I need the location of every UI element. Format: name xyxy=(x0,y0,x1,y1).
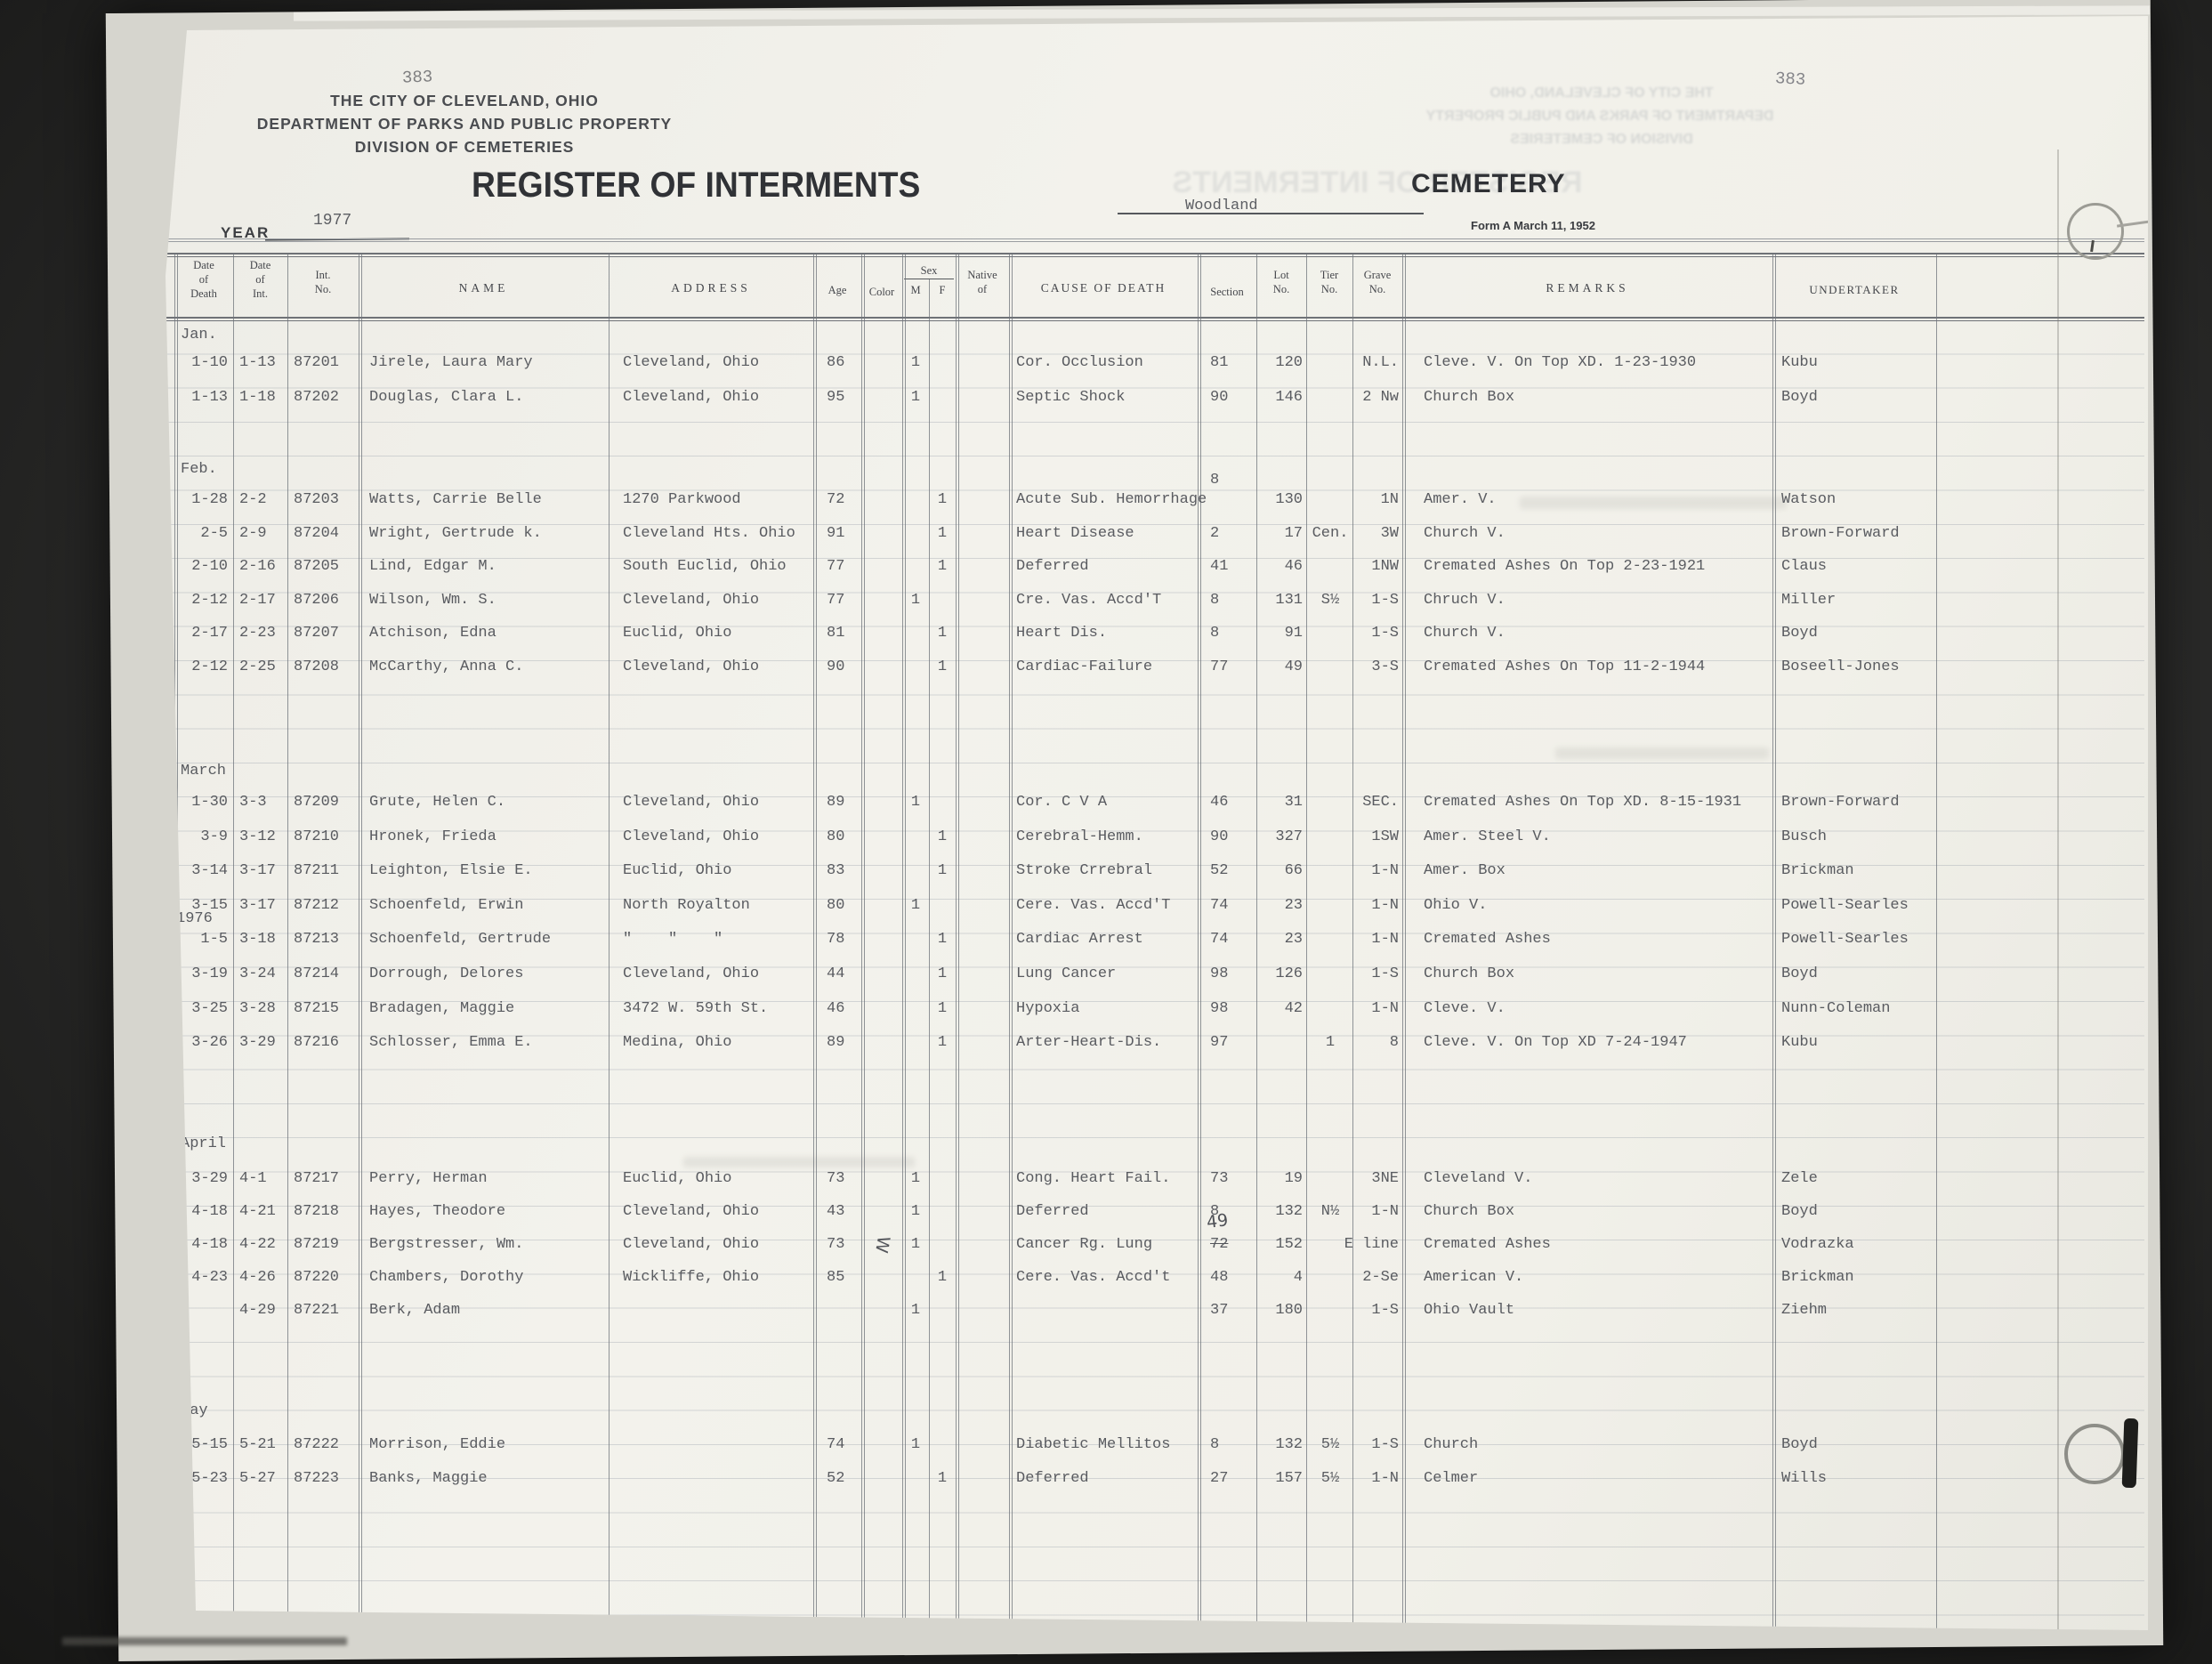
cell-remarks: Amer. Steel V. xyxy=(1424,829,1780,844)
column-line xyxy=(1012,253,1013,1636)
cell-sex_m: 1 xyxy=(902,593,929,608)
column-line xyxy=(929,279,930,1636)
register-page: THE CITY OF CLEVELAND, OHIO DEPARTMENT O… xyxy=(132,16,2148,1639)
cell-int_no: 87212 xyxy=(294,898,363,913)
cell-sex_f: 1 xyxy=(929,932,956,947)
cell-dod: 3-26 xyxy=(176,1035,228,1050)
cell-remarks: American V. xyxy=(1424,1270,1780,1285)
column-line xyxy=(905,253,906,1636)
cell-age: 78 xyxy=(827,932,862,947)
cell-int_no: 87220 xyxy=(294,1270,363,1285)
cell-doi: 2-17 xyxy=(239,593,286,608)
cell-name: Lind, Edgar M. xyxy=(369,559,613,574)
cell-lot: 4 xyxy=(1256,1270,1303,1285)
cell-age: 80 xyxy=(827,829,862,844)
cell-remarks: Cremated Ashes On Top XD. 8-15-1931 xyxy=(1424,795,1780,810)
month-label: Jan. xyxy=(181,327,296,343)
org-name-line3: DIVISION OF CEMETERIES xyxy=(198,138,731,157)
cell-section: 8 xyxy=(1210,473,1251,488)
cell-section: 98 xyxy=(1210,1001,1251,1016)
cell-remarks: Cremated Ashes On Top 2-23-1921 xyxy=(1424,559,1780,574)
col-header-address: ADDRESS xyxy=(609,280,813,295)
cell-age: 72 xyxy=(827,492,862,507)
column-line xyxy=(864,253,865,1636)
cell-int_no: 87215 xyxy=(294,1001,363,1016)
cell-grave: 1-S xyxy=(1340,1303,1399,1318)
cell-sex_m: 1 xyxy=(902,1303,929,1318)
column-line xyxy=(1402,253,1403,1636)
column-line xyxy=(956,253,957,1636)
cell-lot: 146 xyxy=(1256,390,1303,405)
cell-int_no: 87205 xyxy=(294,559,363,574)
cell-int_no: 87217 xyxy=(294,1171,363,1186)
scanned-register-document: THE CITY OF CLEVELAND, OHIO DEPARTMENT O… xyxy=(0,0,2212,1664)
cell-cause: Septic Shock xyxy=(1016,390,1230,405)
cell-age: 85 xyxy=(827,1270,862,1285)
cell-section: 73 xyxy=(1210,1171,1251,1186)
cell-undertaker: Brown-Forward xyxy=(1781,526,1950,541)
cell-remarks: Church Box xyxy=(1424,1204,1780,1219)
cell-name: Leighton, Elsie E. xyxy=(369,863,613,878)
cell-doi: 3-29 xyxy=(239,1035,286,1050)
month-label: Feb. xyxy=(181,462,296,477)
cell-age: 83 xyxy=(827,863,862,878)
cell-int_no: 87218 xyxy=(294,1204,363,1219)
cell-sex_m: 1 xyxy=(902,390,929,405)
cell-remarks: Celmer xyxy=(1424,1471,1780,1486)
cell-grave: 1-N xyxy=(1340,863,1399,878)
cell-address: Cleveland Hts. Ohio xyxy=(623,526,817,541)
cell-section: 74 xyxy=(1210,932,1251,947)
cell-address: South Euclid, Ohio xyxy=(623,559,817,574)
cell-age: 74 xyxy=(827,1437,862,1452)
cell-remarks: Cleve. V. On Top XD. 1-23-1930 xyxy=(1424,355,1780,370)
cell-age: 91 xyxy=(827,526,862,541)
cell-lot: 180 xyxy=(1256,1303,1303,1318)
cell-lot: 19 xyxy=(1256,1171,1303,1186)
cell-age: 73 xyxy=(827,1171,862,1186)
cell-grave: 2 Nw xyxy=(1340,390,1399,405)
org-name-line1: THE CITY OF CLEVELAND, OHIO xyxy=(198,92,731,110)
cell-lot: 132 xyxy=(1256,1204,1303,1219)
cell-age: 89 xyxy=(827,1035,862,1050)
cell-grave: 1SW xyxy=(1340,829,1399,844)
cell-sex_f: 1 xyxy=(929,1471,956,1486)
cemetery-name-value: Woodland xyxy=(1185,198,1258,214)
cell-int_no: 87211 xyxy=(294,863,363,878)
cell-doi: 2-16 xyxy=(239,559,286,574)
cemetery-label: CEMETERY xyxy=(1411,169,1566,199)
cell-doi: 4-21 xyxy=(239,1204,286,1219)
cell-undertaker: Zele xyxy=(1781,1171,1950,1186)
cell-address: 1270 Parkwood xyxy=(623,492,817,507)
cell-sex_f: 1 xyxy=(929,626,956,641)
cell-undertaker: Kubu xyxy=(1781,355,1950,370)
cell-name: Hayes, Theodore xyxy=(369,1204,613,1219)
cell-int_no: 87207 xyxy=(294,626,363,641)
cell-lot: 130 xyxy=(1256,492,1303,507)
cell-dod: 2-17 xyxy=(176,626,228,641)
cell-doi: 3-18 xyxy=(239,932,286,947)
cell-int_no: 87219 xyxy=(294,1237,363,1252)
cell-address: Cleveland, Ohio xyxy=(623,795,817,810)
cell-remarks: Amer. Box xyxy=(1424,863,1780,878)
cell-remarks: Cremated Ashes xyxy=(1424,1237,1780,1252)
cell-sex_f: 1 xyxy=(929,492,956,507)
cell-dod: 3-9 xyxy=(176,829,228,844)
cell-name: Schlosser, Emma E. xyxy=(369,1035,613,1050)
cell-undertaker: Wills xyxy=(1781,1471,1950,1486)
cell-undertaker: Miller xyxy=(1781,593,1950,608)
cell-remarks: Cleve. V. On Top XD 7-24-1947 xyxy=(1424,1035,1780,1050)
cell-cause: Deferred xyxy=(1016,559,1230,574)
col-header-lot-no: Lot No. xyxy=(1256,268,1306,296)
cell-address: North Royalton xyxy=(623,898,817,913)
cell-grave: 1-S xyxy=(1340,966,1399,981)
cell-sex_m: 1 xyxy=(902,1204,929,1219)
cell-name: Schoenfeld, Erwin xyxy=(369,898,613,913)
col-header-sex-f: F xyxy=(929,283,956,297)
cell-section: 90 xyxy=(1210,390,1251,405)
cell-address: Cleveland, Ohio xyxy=(623,1237,817,1252)
cell-sex_m: 1 xyxy=(902,898,929,913)
cell-grave: 1-S xyxy=(1340,626,1399,641)
cell-section: 97 xyxy=(1210,1035,1251,1050)
cell-lot: 152 xyxy=(1256,1237,1303,1252)
cell-undertaker: Busch xyxy=(1781,829,1950,844)
cell-doi: 3-3 xyxy=(239,795,286,810)
col-header-sex-m: M xyxy=(902,283,929,297)
cell-address: Cleveland, Ohio xyxy=(623,355,817,370)
cell-undertaker: Boseell-Jones xyxy=(1781,659,1950,674)
cell-section: 74 xyxy=(1210,898,1251,913)
cell-undertaker: Brickman xyxy=(1781,863,1950,878)
cell-section: 27 xyxy=(1210,1471,1251,1486)
cell-doi: 3-28 xyxy=(239,1001,286,1016)
cell-remarks: Church Box xyxy=(1424,390,1780,405)
cell-grave: 8 xyxy=(1340,1035,1399,1050)
cell-lot: 42 xyxy=(1256,1001,1303,1016)
table-rule xyxy=(139,238,2144,239)
table-rule xyxy=(139,256,2144,258)
cell-name: Hronek, Frieda xyxy=(369,829,613,844)
cell-lot: 31 xyxy=(1256,795,1303,810)
cell-cause: Heart Dis. xyxy=(1016,626,1230,641)
cell-address: Cleveland, Ohio xyxy=(623,829,817,844)
cell-doi: 4-26 xyxy=(239,1270,286,1285)
cell-doi: 4-22 xyxy=(239,1237,286,1252)
cell-age: 73 xyxy=(827,1237,862,1252)
cell-section: 37 xyxy=(1210,1303,1251,1318)
cell-dod: 1-5 xyxy=(176,932,228,947)
cell-name: Wright, Gertrude k. xyxy=(369,526,613,541)
col-header-name: NAME xyxy=(359,280,609,295)
cell-int_no: 87209 xyxy=(294,795,363,810)
cell-cause: Cancer Rg. Lung xyxy=(1016,1237,1230,1252)
cell-int_no: 87203 xyxy=(294,492,363,507)
column-line xyxy=(1306,253,1307,1636)
cell-int_no: 87204 xyxy=(294,526,363,541)
cell-undertaker: Brickman xyxy=(1781,1270,1950,1285)
cell-address: Cleveland, Ohio xyxy=(623,390,817,405)
bottom-edge-smudge xyxy=(62,1637,347,1645)
cell-cause: Cardiac-Failure xyxy=(1016,659,1230,674)
cell-sex_f: 1 xyxy=(929,863,956,878)
cell-doi: 1-18 xyxy=(239,390,286,405)
cell-lot: 17 xyxy=(1256,526,1303,541)
cell-address: Cleveland, Ohio xyxy=(623,1204,817,1219)
cell-address: Euclid, Ohio xyxy=(623,1171,817,1186)
cell-dod: 2-12 xyxy=(176,659,228,674)
cell-doi: 2-9 xyxy=(239,526,286,541)
cell-doi: 4-29 xyxy=(239,1303,286,1318)
cell-dod: 2-5 xyxy=(176,526,228,541)
cell-grave: N.L. xyxy=(1340,355,1399,370)
cell-undertaker: Ziehm xyxy=(1781,1303,1950,1318)
cell-dod: 3-19 xyxy=(176,966,228,981)
cell-undertaker: Kubu xyxy=(1781,1035,1950,1050)
cell-undertaker: Powell-Searles xyxy=(1781,932,1950,947)
cell-address: Cleveland, Ohio xyxy=(623,966,817,981)
cell-section: 8 xyxy=(1210,593,1251,608)
cell-cause: Cere. Vas. Accd't xyxy=(1016,1270,1230,1285)
cell-name: Perry, Herman xyxy=(369,1171,613,1186)
page-number-right: 383 xyxy=(1774,69,1805,90)
cell-cause: Cardiac Arrest xyxy=(1016,932,1230,947)
cell-section: 72 xyxy=(1210,1237,1251,1252)
column-line xyxy=(1009,253,1010,1636)
cell-grave: 1-N xyxy=(1340,898,1399,913)
cell-sex_f: 1 xyxy=(929,559,956,574)
table-rule xyxy=(139,253,2144,254)
cell-name: Watts, Carrie Belle xyxy=(369,492,613,507)
month-label: March xyxy=(181,763,296,779)
cell-name: McCarthy, Anna C. xyxy=(369,659,613,674)
cell-grave: 3-S xyxy=(1340,659,1399,674)
cell-remarks: Cremated Ashes On Top 11-2-1944 xyxy=(1424,659,1780,674)
ghost-org-line2: DEPARTMENT OF PARKS AND PUBLIC PROPERTY xyxy=(1315,109,1885,125)
cell-address: Euclid, Ohio xyxy=(623,626,817,641)
cell-lot: 23 xyxy=(1256,898,1303,913)
cell-lot: 66 xyxy=(1256,863,1303,878)
cell-age: 95 xyxy=(827,390,862,405)
cell-lot: 120 xyxy=(1256,355,1303,370)
cell-undertaker: Boyd xyxy=(1781,1437,1950,1452)
cell-remarks: Cremated Ashes xyxy=(1424,932,1780,947)
cell-doi: 5-27 xyxy=(239,1471,286,1486)
cell-sex_f: 1 xyxy=(929,966,956,981)
cell-name: Bradagen, Maggie xyxy=(369,1001,613,1016)
cell-doi: 3-17 xyxy=(239,898,286,913)
cell-sex_m: 1 xyxy=(902,1171,929,1186)
cell-cause: Cor. C V A xyxy=(1016,795,1230,810)
cell-int_no: 87214 xyxy=(294,966,363,981)
cell-cause: Deferred xyxy=(1016,1471,1230,1486)
cell-grave: 1-S xyxy=(1340,1437,1399,1452)
cell-cause: Heart Disease xyxy=(1016,526,1230,541)
cell-address: Medina, Ohio xyxy=(623,1035,817,1050)
cell-section: 48 xyxy=(1210,1270,1251,1285)
cell-address: Euclid, Ohio xyxy=(623,863,817,878)
cell-lot: 49 xyxy=(1256,659,1303,674)
cell-dod: 1-28 xyxy=(176,492,228,507)
cell-undertaker: Boyd xyxy=(1781,626,1950,641)
cell-section: 81 xyxy=(1210,355,1251,370)
cell-int_no: 87213 xyxy=(294,932,363,947)
cell-undertaker: Boyd xyxy=(1781,966,1950,981)
cell-remarks: Cleve. V. xyxy=(1424,1001,1780,1016)
cell-sex_m: 1 xyxy=(902,1437,929,1452)
col-header-remarks: REMARKS xyxy=(1402,280,1772,295)
cell-remarks: Ohio V. xyxy=(1424,898,1780,913)
cell-age: 52 xyxy=(827,1471,862,1486)
cell-remarks: Church xyxy=(1424,1437,1780,1452)
cell-grave: 1-N xyxy=(1340,932,1399,947)
column-line xyxy=(287,253,288,1636)
cell-cause: Acute Sub. Hemorrhage xyxy=(1016,492,1230,507)
col-header-native-of: Native of xyxy=(956,268,1009,296)
col-header-undertaker: UNDERTAKER xyxy=(1772,283,1936,298)
cell-name: Douglas, Clara L. xyxy=(369,390,613,405)
cell-undertaker: Boyd xyxy=(1781,390,1950,405)
cell-remarks: Chruch V. xyxy=(1424,593,1780,608)
cell-doi: 3-17 xyxy=(239,863,286,878)
cell-sex_f: 1 xyxy=(929,659,956,674)
cell-sex_m: 1 xyxy=(902,795,929,810)
cell-cause: Cong. Heart Fail. xyxy=(1016,1171,1230,1186)
cell-lot: 157 xyxy=(1256,1471,1303,1486)
cell-section: 98 xyxy=(1210,966,1251,981)
cell-remarks: Ohio Vault xyxy=(1424,1303,1780,1318)
month-label: May xyxy=(181,1403,296,1418)
cell-address: Wickliffe, Ohio xyxy=(623,1270,817,1285)
binder-ring-bottom xyxy=(2064,1424,2125,1484)
col-header-tier-no: Tier No. xyxy=(1306,268,1352,296)
cell-int_no: 87208 xyxy=(294,659,363,674)
cell-lot: 91 xyxy=(1256,626,1303,641)
cell-doi: 3-12 xyxy=(239,829,286,844)
cell-doi: 5-21 xyxy=(239,1437,286,1452)
cell-doi: 4-1 xyxy=(239,1171,286,1186)
cell-remarks: Church V. xyxy=(1424,526,1780,541)
page-title: REGISTER OF INTERMENTS xyxy=(472,166,920,206)
cell-grave: SEC. xyxy=(1340,795,1399,810)
cell-grave: E line xyxy=(1340,1237,1399,1252)
column-line xyxy=(233,253,234,1636)
cell-address: 3472 W. 59th St. xyxy=(623,1001,817,1016)
cell-sex_f: 1 xyxy=(929,829,956,844)
cell-cause: Cerebral-Hemm. xyxy=(1016,829,1230,844)
cell-lot: 126 xyxy=(1256,966,1303,981)
cell-sex_f: 1 xyxy=(929,526,956,541)
cell-address: Cleveland, Ohio xyxy=(623,659,817,674)
cell-lot: 132 xyxy=(1256,1437,1303,1452)
cell-grave: 1-S xyxy=(1340,593,1399,608)
cell-int_no: 87202 xyxy=(294,390,363,405)
cell-grave: 1-N xyxy=(1340,1471,1399,1486)
cell-undertaker: Brown-Forward xyxy=(1781,795,1950,810)
cell-name: Grute, Helen C. xyxy=(369,795,613,810)
cell-age: 80 xyxy=(827,898,862,913)
binder-ring-top xyxy=(2067,203,2124,260)
cell-grave: 1NW xyxy=(1340,559,1399,574)
cell-dod: 1-10 xyxy=(176,355,228,370)
cell-undertaker: Powell-Searles xyxy=(1781,898,1950,913)
cell-section: 90 xyxy=(1210,829,1251,844)
cell-int_no: 87201 xyxy=(294,355,363,370)
year-label: YEAR xyxy=(221,224,270,242)
cell-dod: 1-13 xyxy=(176,390,228,405)
cell-sex_m: 1 xyxy=(902,1237,929,1252)
cell-age: 43 xyxy=(827,1204,862,1219)
cell-section: 46 xyxy=(1210,795,1251,810)
cell-grave: 1-N xyxy=(1340,1001,1399,1016)
cell-cause: Hypoxia xyxy=(1016,1001,1230,1016)
cell-undertaker: Boyd xyxy=(1781,1204,1950,1219)
cell-cause: Diabetic Mellitos xyxy=(1016,1437,1230,1452)
cell-undertaker: Nunn-Coleman xyxy=(1781,1001,1950,1016)
col-header-color: Color xyxy=(861,285,902,299)
cell-age: 89 xyxy=(827,795,862,810)
cell-cause: Cor. Occlusion xyxy=(1016,355,1230,370)
cell-int_no: 87216 xyxy=(294,1035,363,1050)
cell-age: 44 xyxy=(827,966,862,981)
cell-section: 41 xyxy=(1210,559,1251,574)
cell-name: Morrison, Eddie xyxy=(369,1437,613,1452)
cell-lot: 23 xyxy=(1256,932,1303,947)
cell-undertaker: Vodrazka xyxy=(1781,1237,1950,1252)
cell-undertaker: Watson xyxy=(1781,492,1950,507)
cell-remarks: Cleveland V. xyxy=(1424,1171,1780,1186)
cell-age: 46 xyxy=(827,1001,862,1016)
col-header-sex: Sex xyxy=(902,263,956,278)
cell-doi: 2-23 xyxy=(239,626,286,641)
cell-dod: 2-10 xyxy=(176,559,228,574)
column-line xyxy=(958,253,959,1636)
cell-lot: 327 xyxy=(1256,829,1303,844)
col-header-section: Section xyxy=(1198,285,1256,299)
cell-name: Banks, Maggie xyxy=(369,1471,613,1486)
cell-age: 77 xyxy=(827,593,862,608)
col-header-age: Age xyxy=(813,283,861,297)
cell-name: Dorrough, Delores xyxy=(369,966,613,981)
cell-grave: 1-N xyxy=(1340,1204,1399,1219)
col-header-date-of-int: Date of Int. xyxy=(233,258,287,301)
cell-dod: 1-30 xyxy=(176,795,228,810)
cell-doi: 3-24 xyxy=(239,966,286,981)
cell-doi: 1-13 xyxy=(239,355,286,370)
cell-cause: Stroke Crrebral xyxy=(1016,863,1230,878)
cell-name: Bergstresser, Wm. xyxy=(369,1237,613,1252)
cell-lot: 131 xyxy=(1256,593,1303,608)
cell-grave: 3NE xyxy=(1340,1171,1399,1186)
cell-section: 52 xyxy=(1210,863,1251,878)
cell-sex_f: 1 xyxy=(929,1001,956,1016)
cell-undertaker: Claus xyxy=(1781,559,1950,574)
year-value: 1977 xyxy=(313,212,351,230)
cell-doi: 2-25 xyxy=(239,659,286,674)
cell-section: 77 xyxy=(1210,659,1251,674)
month-label: April xyxy=(181,1136,296,1151)
cell-doi: 2-2 xyxy=(239,492,286,507)
cell-int_no: 87223 xyxy=(294,1471,363,1486)
column-line xyxy=(1405,253,1406,1636)
cell-name: Berk, Adam xyxy=(369,1303,613,1318)
cell-age: 90 xyxy=(827,659,862,674)
cell-int_no: 87206 xyxy=(294,593,363,608)
cell-age: 86 xyxy=(827,355,862,370)
cell-name: Schoenfeld, Gertrude xyxy=(369,932,613,947)
